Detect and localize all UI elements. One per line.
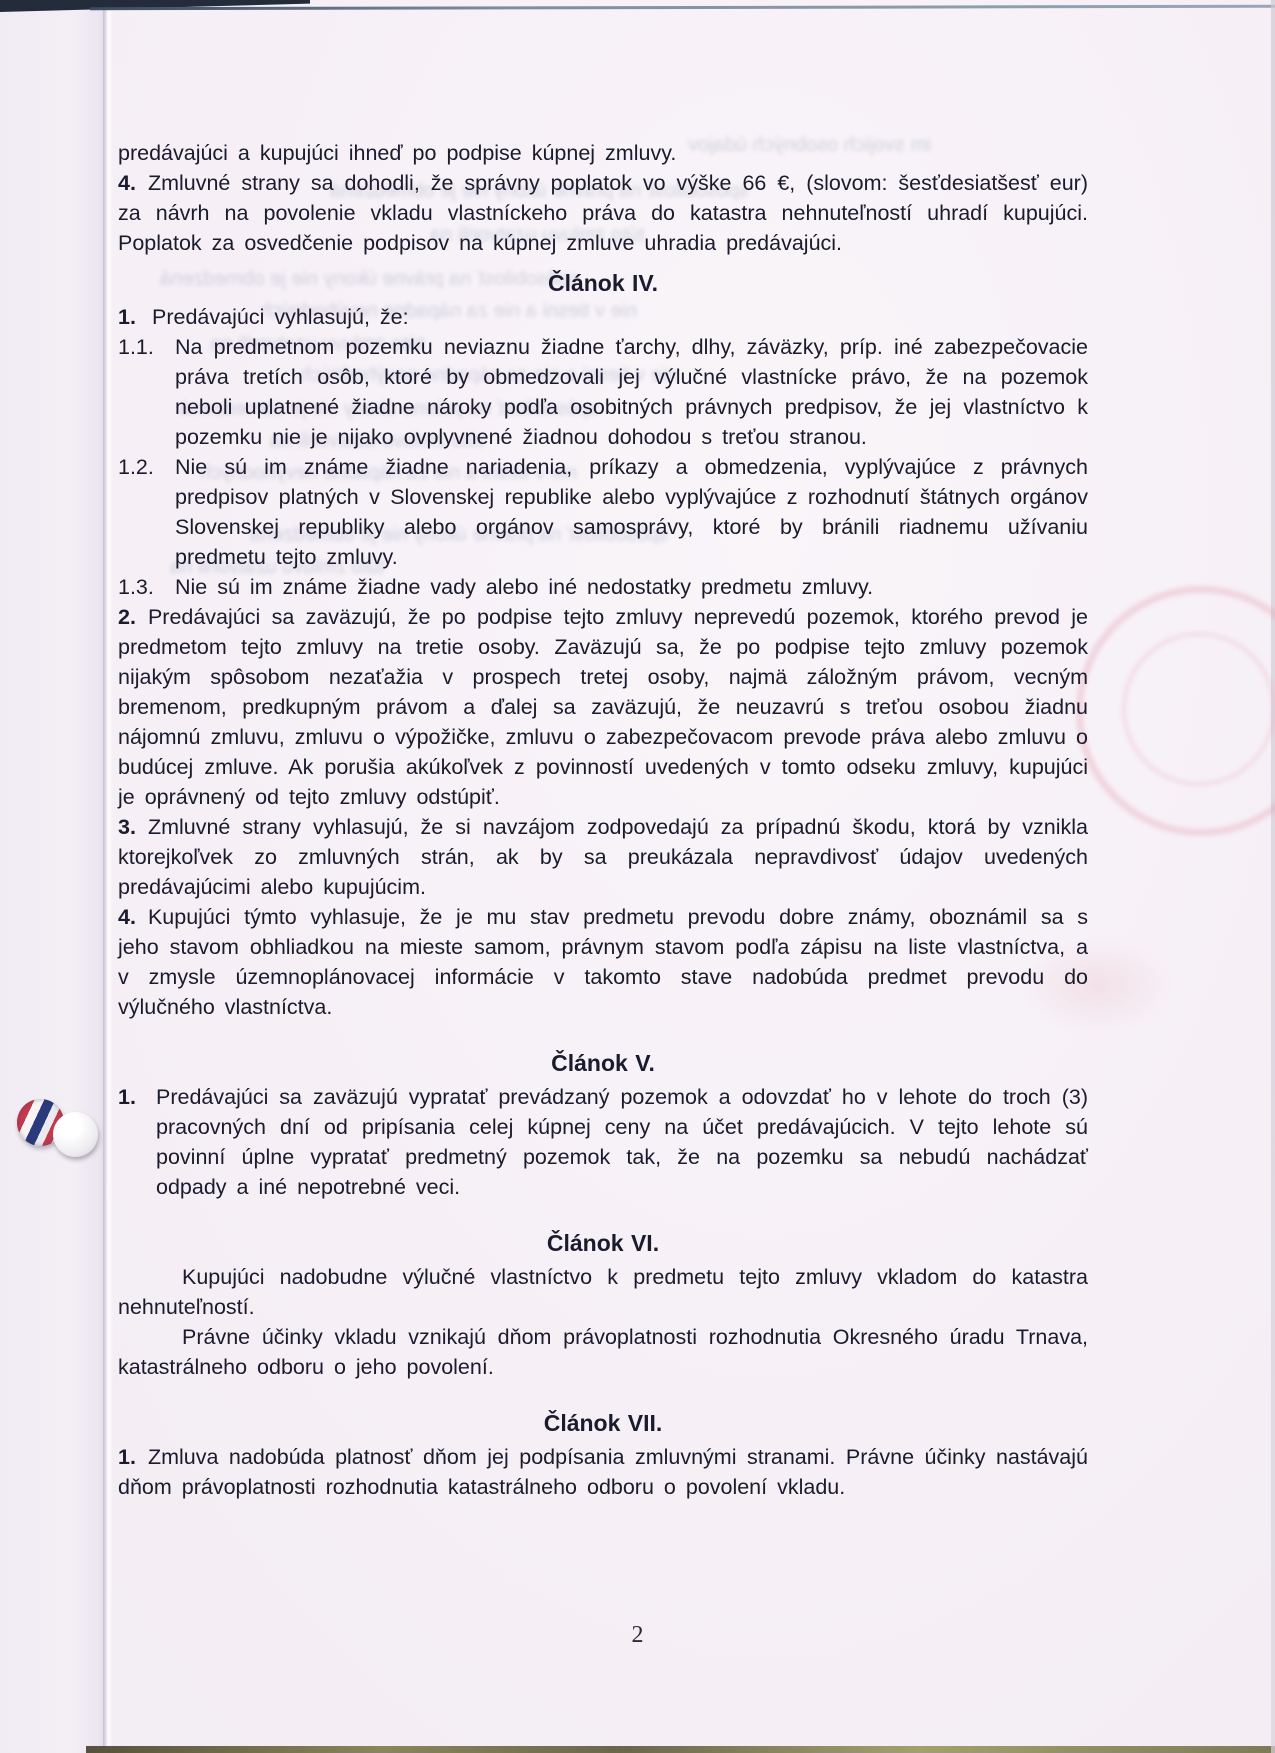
clause-text: Predávajúci sa zaväzujú, že po podpise t…	[118, 605, 1088, 809]
clause-number: 1.1.	[118, 332, 175, 362]
clause: 1.Zmluva nadobúda platnosť dňom jej podp…	[118, 1442, 1088, 1502]
clause: 1.3.Nie sú im známe žiadne vady alebo in…	[118, 572, 1088, 602]
clause-number: 4.	[118, 171, 136, 195]
clause-number: 1.2.	[118, 452, 175, 482]
clause-fee: 4.Zmluvné strany sa dohodli, že správny …	[118, 168, 1088, 258]
clause-number: 2.	[118, 605, 136, 629]
clause-text: Kupujúci nadobudne výlučné vlastníctvo k…	[118, 1262, 1088, 1322]
article-4-heading: Článok IV.	[118, 268, 1088, 298]
scan-right-edge-shadow	[1271, 0, 1275, 1753]
clause: 3.Zmluvné strany vyhlasujú, že si navzáj…	[118, 812, 1088, 902]
clause-number: 1.	[118, 1445, 136, 1469]
clause-text: Zmluvné strany sa dohodli, že správny po…	[118, 171, 1088, 255]
contract-text-block: predávajúci a kupujúci ihneď po podpise …	[118, 138, 1088, 1502]
underlying-page-edge	[0, 0, 106, 1753]
clause-text: Právne účinky vkladu vznikajú dňom právo…	[118, 1322, 1088, 1382]
clause-text: Zmluvné strany vyhlasujú, že si navzájom…	[118, 815, 1088, 899]
clause-number: 4.	[118, 905, 136, 929]
article-6-heading: Článok VI.	[118, 1228, 1088, 1258]
clause: 1.Predávajúci sa zaväzujú vypratať prevá…	[118, 1082, 1088, 1202]
clause-text: Na predmetnom pozemku neviaznu žiadne ťa…	[175, 335, 1088, 449]
clause: 1.Predávajúci vyhlasujú, že:	[118, 302, 1088, 332]
clause-number: 1.	[118, 302, 152, 332]
clause: 1.1.Na predmetnom pozemku neviaznu žiadn…	[118, 332, 1088, 452]
article-7-heading: Článok VII.	[118, 1408, 1088, 1438]
scan-bottom-edge-shadow	[86, 1746, 1275, 1753]
scan-top-edge-line	[90, 5, 1275, 10]
page-number: 2	[0, 1622, 1275, 1649]
clause: 4.Kupujúci týmto vyhlasuje, že je mu sta…	[118, 902, 1088, 1022]
clause: 1.2.Nie sú im známe žiadne nariadenia, p…	[118, 452, 1088, 572]
stamp-bleed-inner-ring	[1122, 632, 1275, 786]
clause-text: Nie sú im známe žiadne nariadenia, príka…	[175, 455, 1088, 569]
clause-number: 3.	[118, 815, 136, 839]
scanned-contract-page: im svojich osobných údajov spôsobilosť n…	[0, 0, 1275, 1753]
clause-number: 1.	[118, 1082, 156, 1112]
clause-number: 1.3.	[118, 572, 175, 602]
binding-seal-plain-grommet	[53, 1112, 98, 1157]
clause-text: Predávajúci vyhlasujú, že:	[152, 305, 409, 329]
continuation-line: predávajúci a kupujúci ihneď po podpise …	[118, 138, 1088, 168]
clause-text: Zmluva nadobúda platnosť dňom jej podpís…	[118, 1445, 1088, 1499]
clause-text: Nie sú im známe žiadne vady alebo iné ne…	[175, 575, 873, 599]
page-fold-crease	[103, 0, 113, 1753]
clause: 2.Predávajúci sa zaväzujú, že po podpise…	[118, 602, 1088, 812]
clause-text: Kupujúci týmto vyhlasuje, že je mu stav …	[118, 905, 1088, 1019]
article-5-heading: Článok V.	[118, 1048, 1088, 1078]
clause-text: Predávajúci sa zaväzujú vypratať prevádz…	[156, 1085, 1088, 1199]
